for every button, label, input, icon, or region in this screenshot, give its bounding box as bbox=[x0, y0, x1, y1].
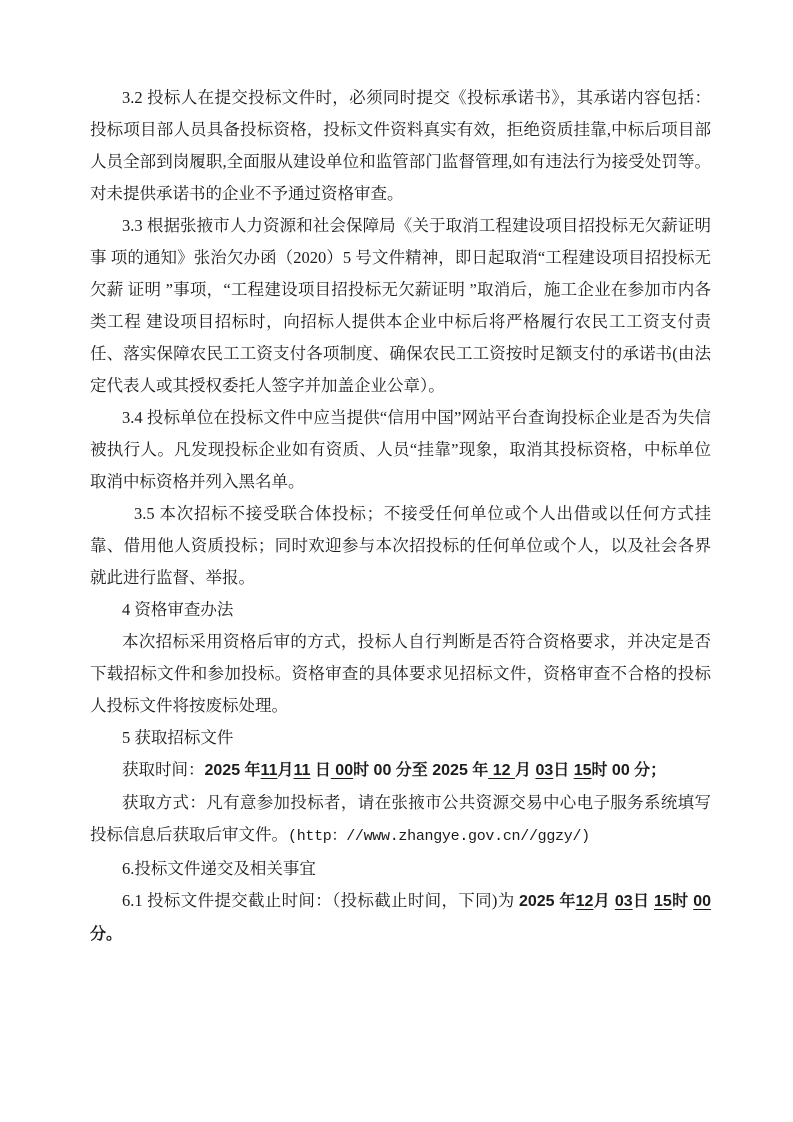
clause-3-4: 3.4 投标单位在投标文件中应当提供“信用中国”网站平台查询投标企业是否为失信被… bbox=[90, 402, 711, 498]
text-run: 3.4 投标单位在投标文件中应当提供“信用中国”网站平台查询投标企业是否为失信被… bbox=[90, 408, 711, 491]
text-run: (http：//www.zhangye.gov.cn//ggzy/) bbox=[288, 828, 590, 845]
obtain-method: 获取方式：凡有意参加投标者，请在张掖市公共资源交易中心电子服务系统填写投标信息后… bbox=[90, 787, 711, 853]
text-run: 日 bbox=[553, 762, 573, 779]
clause-3-5: 3.5 本次招标不接受联合体投标；不接受任何单位或个人出借或以任何方式挂靠、借用… bbox=[90, 498, 711, 594]
text-run: 11 bbox=[261, 762, 278, 779]
text-run: 2025 年 bbox=[519, 893, 576, 910]
text-run: 3.2 投标人在提交投标文件时，必须同时提交《投标承诺书》，其承诺内容包括：投标… bbox=[90, 88, 711, 203]
heading-4-qualification-review: 4 资格审查办法 bbox=[90, 594, 711, 626]
heading-5-obtain-documents: 5 获取招标文件 bbox=[90, 722, 711, 754]
text-run: 分。 bbox=[90, 926, 122, 943]
text-run: 月 bbox=[277, 762, 293, 779]
text-run: 00 bbox=[693, 893, 711, 910]
text-run: 6.投标文件递交及相关事宜 bbox=[122, 859, 316, 878]
clause-4-body: 本次招标采用资格后审的方式，投标人自行判断是否符合资格要求，并决定是否下载招标文… bbox=[90, 626, 711, 722]
text-run: 3.3 根据张掖市人力资源和社会保障局《关于取消工程建设项目招投标无欠薪证明事 … bbox=[90, 216, 711, 395]
text-run: 本次招标采用资格后审的方式，投标人自行判断是否符合资格要求，并决定是否下载招标文… bbox=[90, 632, 711, 715]
text-run: 获取时间： bbox=[122, 760, 205, 779]
document-page: 3.2 投标人在提交投标文件时，必须同时提交《投标承诺书》，其承诺内容包括：投标… bbox=[0, 0, 793, 1122]
text-run: 3.5 本次招标不接受联合体投标；不接受任何单位或个人出借或以任何方式挂靠、借用… bbox=[90, 504, 711, 587]
document-body: 3.2 投标人在提交投标文件时，必须同时提交《投标承诺书》，其承诺内容包括：投标… bbox=[90, 82, 711, 951]
text-run: 12 bbox=[576, 893, 594, 910]
text-run: 时 00 分至 2025 年 bbox=[353, 762, 488, 779]
text-run: 12 bbox=[488, 762, 515, 779]
text-run: 11 bbox=[293, 762, 310, 779]
text-run: 15 bbox=[574, 762, 592, 779]
text-run: 15 bbox=[654, 893, 672, 910]
text-run: 00 bbox=[331, 762, 353, 779]
text-run: 6.1 投标文件提交截止时间：（投标截止时间，下同)为 bbox=[122, 891, 519, 910]
clause-6-1: 6.1 投标文件提交截止时间：（投标截止时间，下同)为 2025 年12月 03… bbox=[90, 885, 711, 951]
text-run: 2025 年 bbox=[205, 762, 261, 779]
text-run: 日 bbox=[310, 762, 330, 779]
text-run: 日 bbox=[633, 893, 654, 910]
text-run: 月 bbox=[593, 893, 614, 910]
obtain-time: 获取时间：2025 年11月11 日 00时 00 分至 2025 年 12 月… bbox=[90, 754, 711, 787]
text-run: 月 bbox=[515, 762, 535, 779]
text-run: 5 获取招标文件 bbox=[122, 728, 233, 747]
text-run: 时 bbox=[672, 893, 693, 910]
text-run: 时 00 分； bbox=[591, 762, 666, 779]
text-run: 03 bbox=[615, 893, 633, 910]
heading-6-bid-submission: 6.投标文件递交及相关事宜 bbox=[90, 853, 711, 885]
clause-3-3: 3.3 根据张掖市人力资源和社会保障局《关于取消工程建设项目招投标无欠薪证明事 … bbox=[90, 210, 711, 402]
clause-3-2: 3.2 投标人在提交投标文件时，必须同时提交《投标承诺书》，其承诺内容包括：投标… bbox=[90, 82, 711, 210]
text-run: 03 bbox=[535, 762, 553, 779]
text-run: 4 资格审查办法 bbox=[122, 600, 233, 619]
